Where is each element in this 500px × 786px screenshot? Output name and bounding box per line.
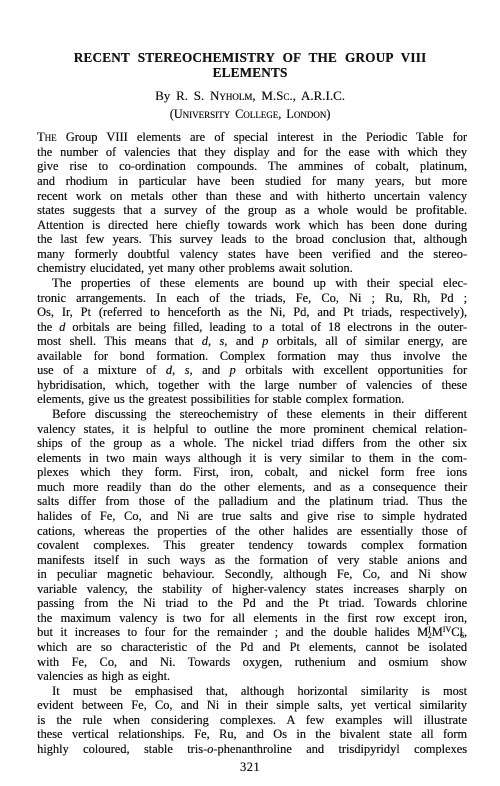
page-title: RECENT STEREOCHEMISTRY OF THE GROUP VIII… — [34, 50, 466, 80]
text-line: recent work on metals other than these a… — [37, 189, 467, 204]
body-text: The Group VIII elements are of special i… — [37, 130, 467, 756]
text-line: in peculiar magnetic behaviour. Secondly… — [37, 567, 467, 582]
text-line: which are so characteristic of the Pd an… — [37, 640, 467, 655]
text-line: valency states, it is helpful to outline… — [37, 422, 467, 437]
text-line: manifests itself in such ways as the for… — [37, 553, 467, 568]
text-line: with Fe, Co, and Ni. Towards oxygen, rut… — [37, 655, 467, 670]
text-line: much more readily than do the other elem… — [37, 480, 467, 495]
author-byline: By R. S. Nyholm, M.Sc., A.R.I.C. — [0, 88, 500, 104]
text-line: but it increases to four for the remaind… — [37, 625, 467, 640]
text-line: chemistry elucidated, yet many other pro… — [37, 261, 467, 276]
text-line: salts differ from those of the palladium… — [37, 494, 467, 509]
text-line: is the rule when considering complexes. … — [37, 713, 467, 728]
author-affiliation: (University College, London) — [0, 107, 500, 122]
text-line: plexes which they form. First, iron, cob… — [37, 465, 467, 480]
text-line: states suggests that a survey of the gro… — [37, 203, 467, 218]
text-line: the maximum valency is two for all eleme… — [37, 611, 467, 626]
text-line: The properties of these elements are bou… — [37, 276, 467, 291]
text-line: tronic arrangements. In each of the tria… — [37, 291, 467, 306]
text-line: valencies as high as eight. — [37, 669, 467, 684]
text-line: use of a mixture of d, s, and p orbitals… — [37, 363, 467, 378]
text-line: the last few years. This survey leads to… — [37, 232, 467, 247]
text-line: The Group VIII elements are of special i… — [37, 130, 467, 145]
text-line: passing from the Ni triad to the Pd and … — [37, 596, 467, 611]
text-line: elements in two main ways although it is… — [37, 451, 467, 466]
text-line: It must be emphasised that, although hor… — [37, 684, 467, 699]
text-line: ships of the group as a whole. The nicke… — [37, 436, 467, 451]
text-line: cations, whereas the properties of the o… — [37, 524, 467, 539]
text-line: covalent complexes. This greater tendenc… — [37, 538, 467, 553]
text-line: halides of Fe, Co, and Ni are true salts… — [37, 509, 467, 524]
text-line: highly coloured, stable tris-o-phenanthr… — [37, 742, 467, 757]
text-line: evident between Fe, Co, and Ni in their … — [37, 698, 467, 713]
scanned-paper-page: RECENT STEREOCHEMISTRY OF THE GROUP VIII… — [0, 0, 500, 786]
text-line: available for bond formation. Complex fo… — [37, 349, 467, 364]
text-line: Attention is directed here chiefly towar… — [37, 218, 467, 233]
text-line: the number of valencies that they displa… — [37, 145, 467, 160]
paragraph: The properties of these elements are bou… — [37, 276, 467, 407]
text-line: give rise to co-ordination compounds. Th… — [37, 159, 467, 174]
text-line: most shell. This means that d, s, and p … — [37, 334, 467, 349]
text-line: these vertical relationships. Fe, Ru, an… — [37, 727, 467, 742]
text-line: variable valency, the stability of highe… — [37, 582, 467, 597]
text-line: many formerly doubtful valency states ha… — [37, 247, 467, 262]
text-line: and rhodium in particular have been stud… — [37, 174, 467, 189]
text-line: hybridisation, which, together with the … — [37, 378, 467, 393]
paragraph: Before discussing the stereochemistry of… — [37, 407, 467, 684]
text-line: Before discussing the stereochemistry of… — [37, 407, 467, 422]
text-line: Os, Ir, Pt (referred to henceforth as th… — [37, 305, 467, 320]
text-line: elements, give us the greatest possibili… — [37, 392, 467, 407]
text-line: the d orbitals are being filled, leading… — [37, 320, 467, 335]
page-number: 321 — [0, 760, 500, 775]
paragraph: The Group VIII elements are of special i… — [37, 130, 467, 276]
paragraph: It must be emphasised that, although hor… — [37, 684, 467, 757]
